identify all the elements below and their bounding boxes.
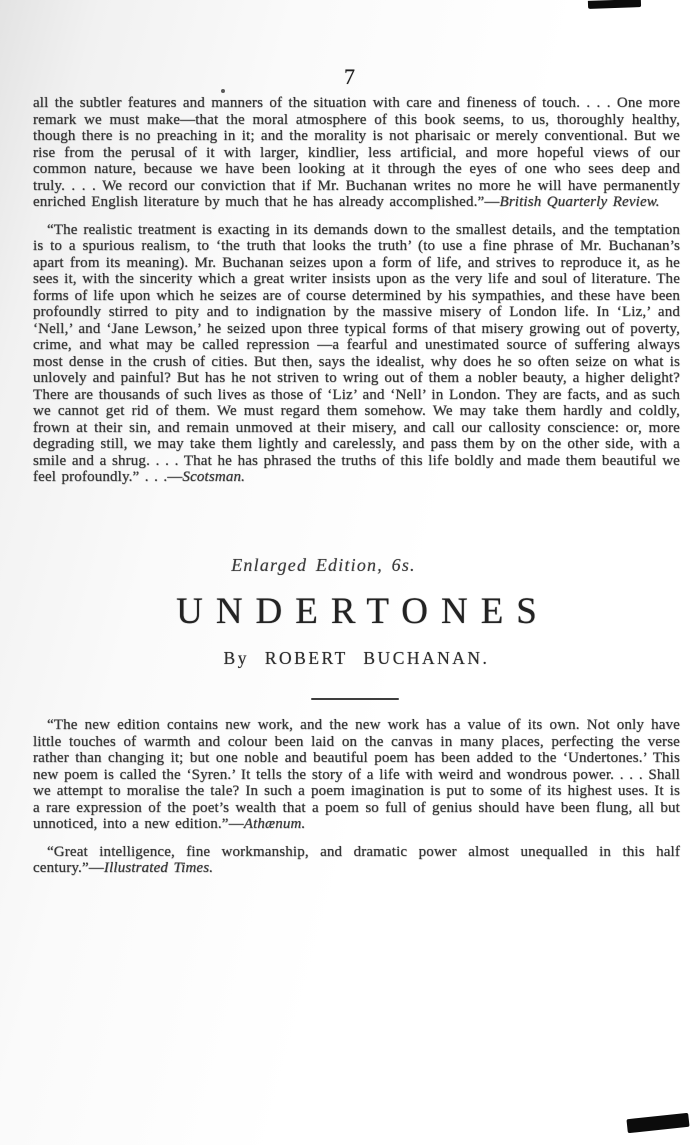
review-text: “The realistic treatment is exacting in … xyxy=(33,222,680,486)
book-heading: Enlarged Edition, 6s. UNDERTONES By ROBE… xyxy=(33,555,680,701)
review-athenaeum: “The new edition contains new work, and … xyxy=(33,717,680,833)
page-number: 7 xyxy=(344,64,355,89)
ink-dot xyxy=(221,89,225,93)
book-byline: By ROBERT BUCHANAN. xyxy=(33,648,680,669)
review-text: all the subtler features and manners of … xyxy=(33,95,680,210)
review-source: Illustrated Times. xyxy=(104,860,213,876)
review-illustrated-times: “Great intelligence, fine workmanship, a… xyxy=(33,844,680,877)
book-page: 7 all the subtler features and manners o… xyxy=(0,0,699,1145)
review-source: Athænum. xyxy=(244,816,306,832)
page-content: all the subtler features and manners of … xyxy=(33,95,680,877)
review-text: “The new edition contains new work, and … xyxy=(33,717,680,832)
review-source: Scotsman. xyxy=(182,469,245,485)
review-british-quarterly: all the subtler features and manners of … xyxy=(33,95,680,211)
scan-artifact-bottom xyxy=(626,1113,689,1133)
divider-rule xyxy=(311,698,399,701)
book-title: UNDERTONES xyxy=(33,590,680,633)
review-scotsman: “The realistic treatment is exacting in … xyxy=(33,222,680,486)
review-source: British Quarterly Review. xyxy=(500,194,660,210)
page-header: 7 xyxy=(0,0,699,90)
edition-note: Enlarged Edition, 6s. xyxy=(0,555,647,576)
